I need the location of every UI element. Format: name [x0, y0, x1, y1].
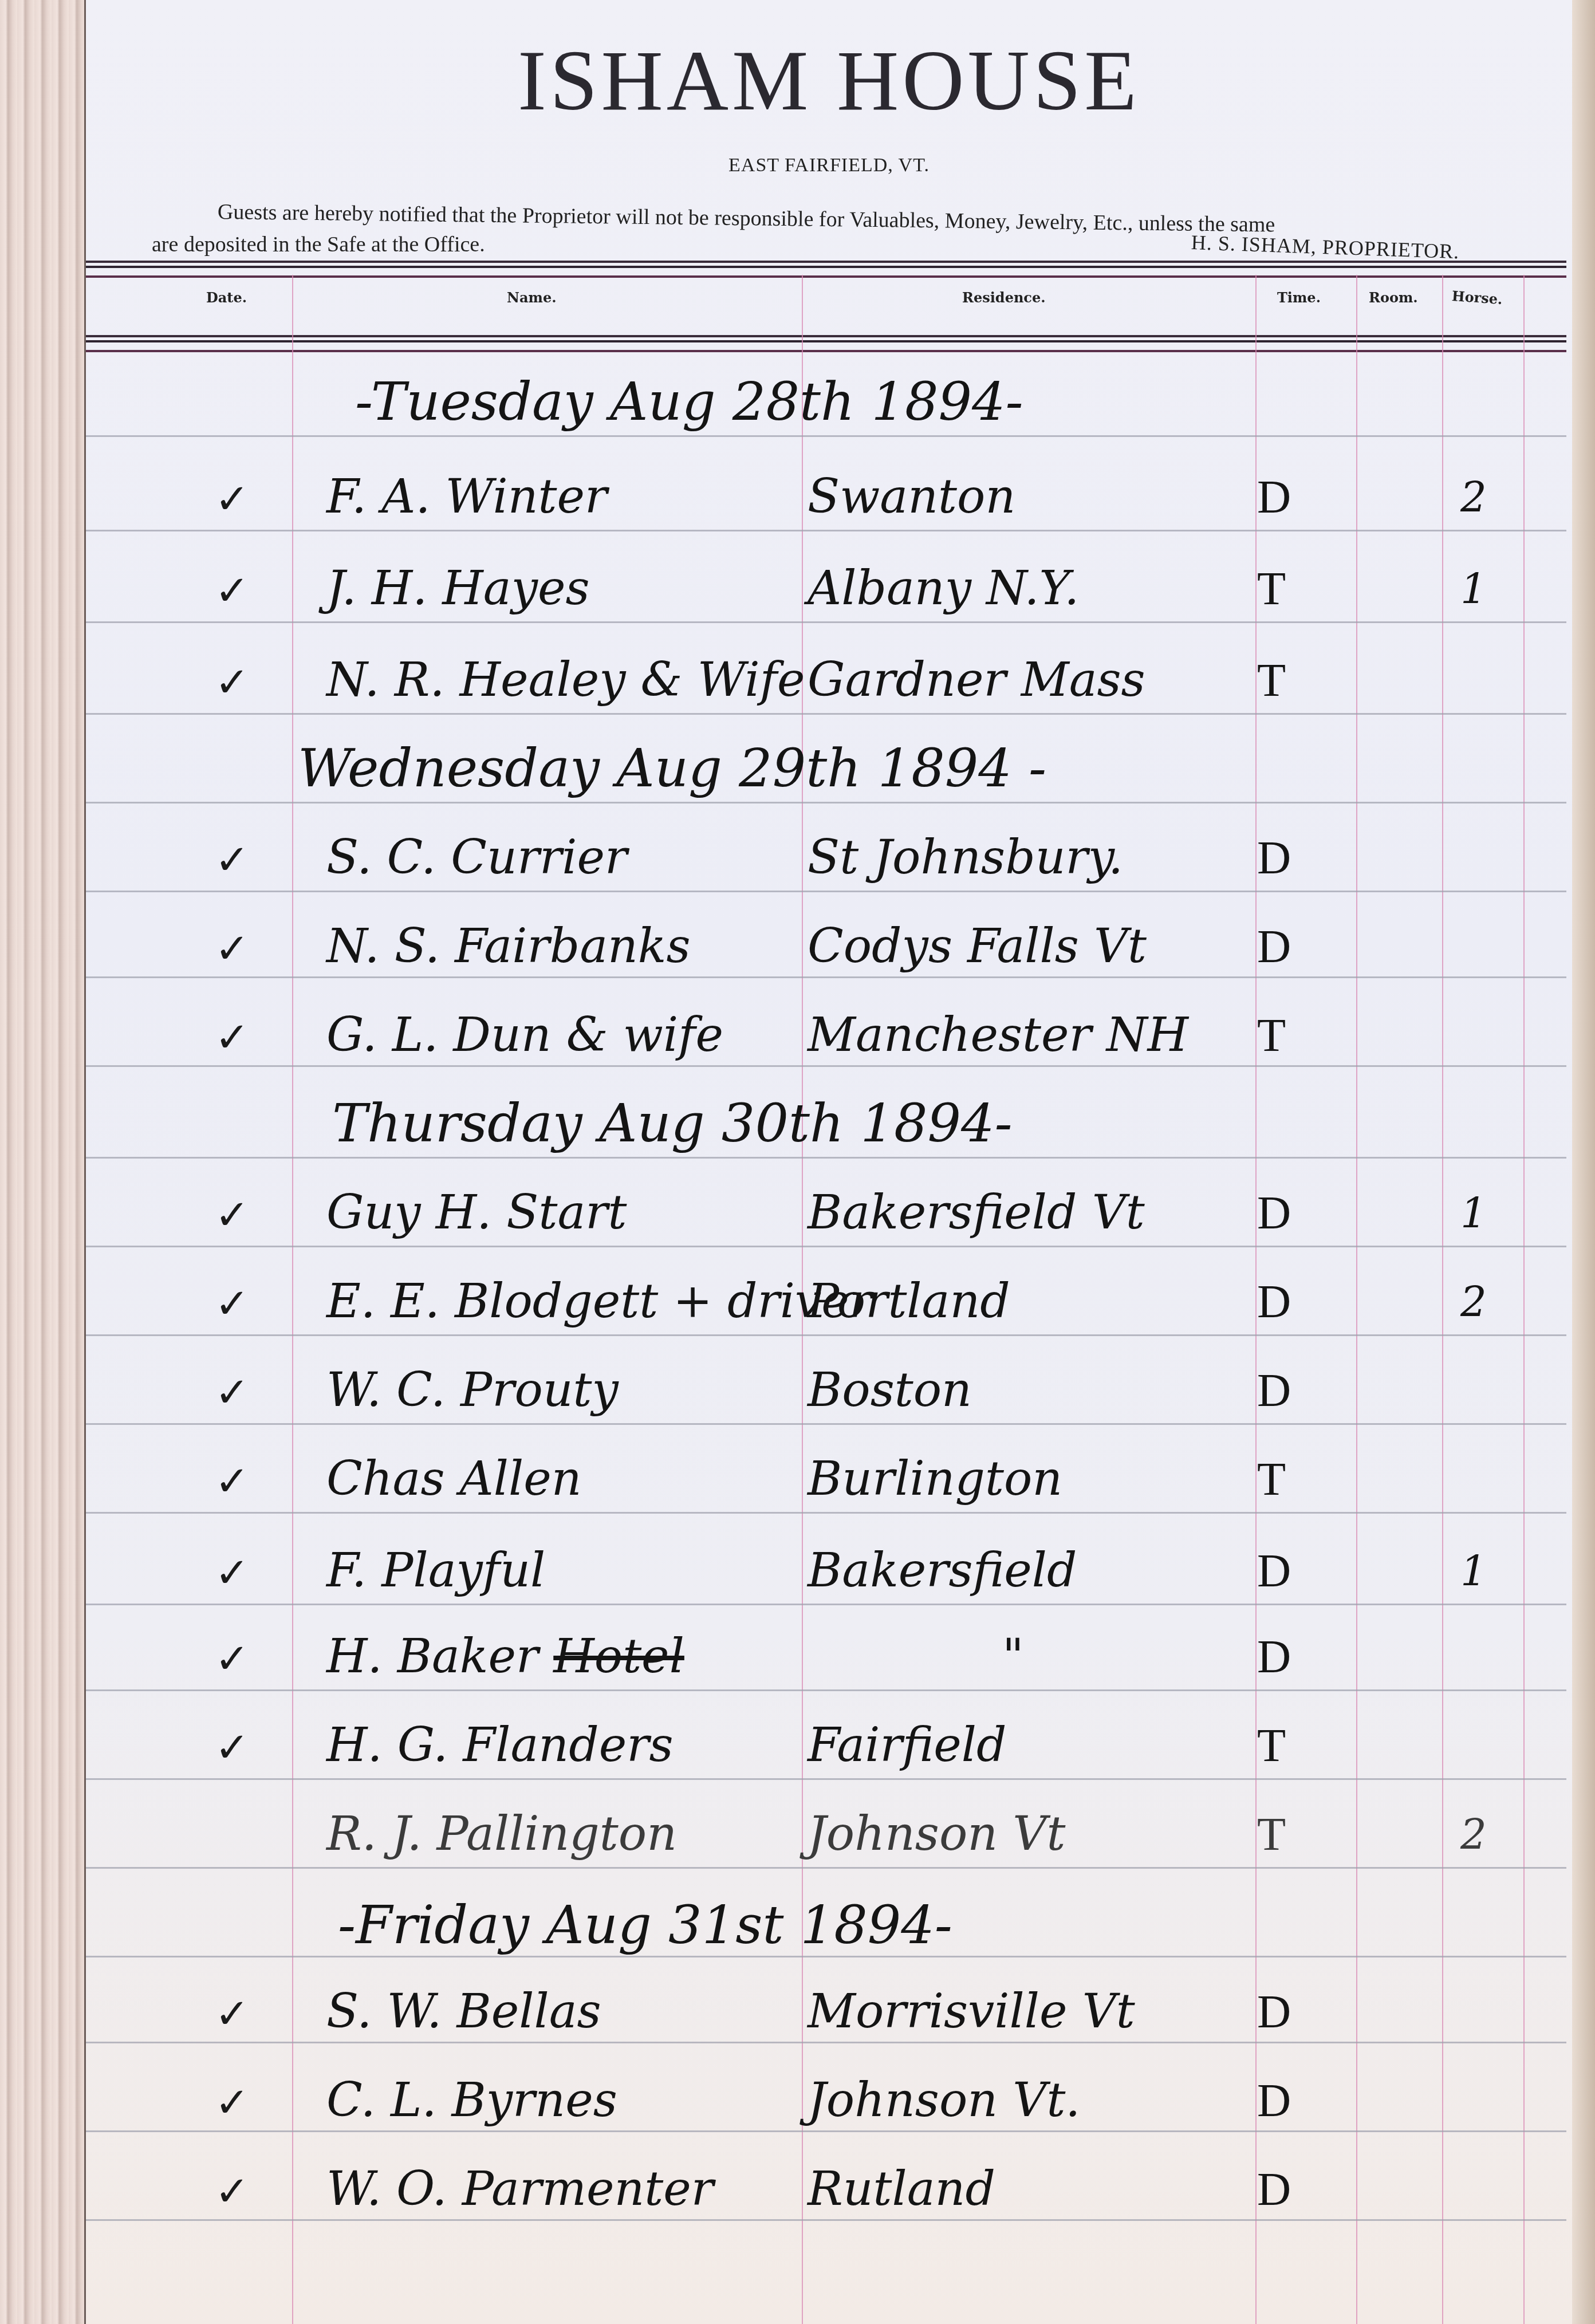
guest-name: Chas Allen [326, 1452, 582, 1506]
guest-residence: Fairfield [808, 1718, 1007, 1772]
guest-time: T [1257, 1009, 1286, 1062]
guest-row: ✓ C. L. Byrnes Johnson Vt. D [86, 2065, 1566, 2133]
guest-row: ✓ Chas Allen Burlington T [86, 1443, 1566, 1512]
guest-name: R. J. Pallington [326, 1807, 677, 1861]
register-page: ISHAM HOUSE EAST FAIRFIELD, VT. Guests a… [86, 0, 1572, 2324]
guest-residence: Albany N.Y. [808, 561, 1079, 616]
guest-name: J. H. Hayes [326, 561, 590, 616]
guest-time: T [1257, 1719, 1286, 1772]
day-heading: Wednesday Aug 29th 1894 - [86, 733, 1566, 802]
guest-name: W. C. Prouty [326, 1363, 619, 1417]
guest-name-text: H. Baker [326, 1629, 538, 1684]
guest-time: T [1257, 562, 1286, 616]
guest-name: F. A. Winter [326, 470, 607, 524]
guest-row: ✓ F. Playful Bakersfield D 1 [86, 1535, 1566, 1604]
ruled-line [86, 1867, 1566, 1869]
guest-row: ✓ N. S. Fairbanks Codys Falls Vt D [86, 911, 1566, 979]
column-header-name: Name. [507, 289, 557, 306]
guest-row: ✓ H. G. Flanders Fairfield T [86, 1709, 1566, 1778]
guest-row: ✓ S. W. Bellas Morrisville Vt D [86, 1976, 1566, 2045]
guest-residence-ditto: " [1002, 1629, 1024, 1684]
guest-name: N. S. Fairbanks [326, 919, 691, 974]
guest-time: D [1257, 1186, 1291, 1240]
checkmark-icon: ✓ [215, 1990, 249, 2038]
header-rule-bottom [86, 335, 1566, 352]
ruled-line [86, 621, 1566, 623]
ruled-line [86, 713, 1566, 715]
day-heading-text: -Tuesday Aug 28th 1894- [355, 371, 1023, 432]
guest-name: W. O. Parmenter [326, 2162, 714, 2216]
guest-time: D [1257, 1275, 1291, 1329]
checkmark-icon: ✓ [215, 924, 249, 972]
checkmark-icon: ✓ [215, 836, 249, 884]
ruled-line [86, 1778, 1566, 1780]
guest-name: H. Baker Hotel [326, 1629, 684, 1684]
guest-name: H. G. Flanders [326, 1718, 673, 1772]
proprietor-signature: H. S. ISHAM, PROPRIETOR. [1191, 230, 1460, 263]
guest-time: D [1257, 470, 1291, 524]
hotel-location: EAST FAIRFIELD, VT. [86, 155, 1572, 176]
guest-residence: St Johnsbury. [808, 830, 1123, 885]
struck-text: Hotel [553, 1629, 684, 1684]
guest-residence: Rutland [808, 2162, 995, 2216]
guest-residence: Burlington [808, 1452, 1062, 1506]
guest-name: Guy H. Start [326, 1185, 627, 1240]
checkmark-icon: ✓ [215, 1368, 249, 1416]
guest-residence: Bakersfield [808, 1543, 1077, 1598]
ruled-line [86, 1423, 1566, 1425]
day-heading: -Tuesday Aug 28th 1894- [86, 367, 1566, 435]
guest-row: ✓ N. R. Healey & Wife Gardner Mass T [86, 644, 1566, 713]
guest-time: D [1257, 2074, 1291, 2128]
guest-time: D [1257, 2162, 1291, 2216]
guest-name: S. C. Currier [326, 830, 627, 885]
guest-time: D [1257, 831, 1291, 885]
guest-residence: Swanton [808, 470, 1015, 524]
guest-residence: Codys Falls Vt [808, 919, 1147, 974]
guest-name: N. R. Healey & Wife [326, 653, 805, 707]
guest-row: ✓ G. L. Dun & wife Manchester NH T [86, 999, 1566, 1068]
guest-time: D [1257, 1364, 1291, 1417]
guest-time: D [1257, 1544, 1291, 1598]
guest-time: D [1257, 920, 1291, 974]
guest-residence: Bakersfield Vt [808, 1185, 1145, 1240]
day-heading-text: -Friday Aug 31st 1894- [338, 1894, 952, 1956]
checkmark-icon: ✓ [215, 1013, 249, 1061]
guest-horse: 2 [1460, 1811, 1487, 1859]
ruled-line [86, 1246, 1566, 1247]
hotel-title: ISHAM HOUSE [86, 31, 1572, 130]
ruled-line [86, 530, 1566, 531]
guest-time: T [1257, 1807, 1286, 1861]
ruled-line [86, 435, 1566, 437]
guest-residence: Boston [808, 1363, 972, 1417]
checkmark-icon: ✓ [215, 1634, 249, 1683]
ruled-line [86, 1512, 1566, 1514]
ruled-line [86, 1334, 1566, 1336]
column-header-residence: Residence. [962, 289, 1046, 306]
day-heading-text: Thursday Aug 30th 1894- [332, 1093, 1013, 1154]
book-gutter [1572, 0, 1595, 2324]
column-header-time: Time. [1277, 289, 1321, 306]
guest-row: ✓ F. A. Winter Swanton D 2 [86, 461, 1566, 530]
guest-row: R. J. Pallington Johnson Vt T 2 [86, 1798, 1566, 1867]
ruled-line [86, 1157, 1566, 1159]
checkmark-icon: ✓ [215, 1723, 249, 1771]
guest-row: ✓ S. C. Currier St Johnsbury. D [86, 822, 1566, 891]
guest-row: ✓ W. C. Prouty Boston D [86, 1354, 1566, 1423]
guest-name: S. W. Bellas [326, 1984, 601, 2039]
ruled-line [86, 802, 1566, 803]
guest-horse: 1 [1460, 565, 1487, 613]
guest-residence: Gardner Mass [808, 653, 1145, 707]
guest-name: G. L. Dun & wife [326, 1008, 723, 1062]
checkmark-icon: ✓ [215, 566, 249, 615]
guest-name: E. E. Blodgett + driver [326, 1274, 872, 1329]
guest-time: D [1257, 1985, 1291, 2039]
ruled-line [86, 891, 1566, 892]
guest-row: ✓ E. E. Blodgett + driver Portland D 2 [86, 1266, 1566, 1334]
checkmark-icon: ✓ [215, 2078, 249, 2126]
guest-row: ✓ J. H. Hayes Albany N.Y. T 1 [86, 553, 1566, 621]
guest-residence: Johnson Vt. [808, 2073, 1080, 2128]
guest-residence: Johnson Vt [808, 1807, 1065, 1861]
guest-horse: 1 [1460, 1547, 1487, 1596]
guest-horse: 1 [1460, 1189, 1487, 1238]
checkmark-icon: ✓ [215, 2167, 249, 2215]
guest-residence: Portland [808, 1274, 1010, 1329]
ruled-line [86, 1604, 1566, 1605]
guest-time: D [1257, 1630, 1291, 1684]
column-header-horse: Horse. [1451, 287, 1503, 308]
guest-row: ✓ W. O. Parmenter Rutland D [86, 2153, 1566, 2222]
guest-residence: Manchester NH [808, 1008, 1188, 1062]
guest-name: F. Playful [326, 1543, 545, 1598]
checkmark-icon: ✓ [215, 1549, 249, 1597]
guest-residence: Morrisville Vt [808, 1984, 1135, 2039]
checkmark-icon: ✓ [215, 1191, 249, 1239]
guest-horse: 2 [1460, 1278, 1487, 1326]
guest-name: C. L. Byrnes [326, 2073, 617, 2128]
notice-line-2: are deposited in the Safe at the Office. [152, 232, 485, 257]
guest-time: T [1257, 653, 1286, 707]
guest-horse: 2 [1460, 474, 1487, 522]
checkmark-icon: ✓ [215, 1279, 249, 1328]
day-heading-text: Wednesday Aug 29th 1894 - [298, 738, 1046, 799]
day-heading: -Friday Aug 31st 1894- [86, 1890, 1566, 1959]
day-heading: Thursday Aug 30th 1894- [86, 1088, 1566, 1157]
checkmark-icon: ✓ [215, 475, 249, 523]
guest-row: ✓ Guy H. Start Bakersfield Vt D 1 [86, 1177, 1566, 1246]
checkmark-icon: ✓ [215, 658, 249, 706]
checkmark-icon: ✓ [215, 1457, 249, 1505]
page-edges-stack [0, 0, 86, 2324]
header-rule-top [86, 261, 1566, 278]
column-header-room: Room. [1369, 289, 1418, 306]
guest-row: ✓ H. Baker Hotel " D [86, 1621, 1566, 1689]
column-header-date: Date. [206, 289, 247, 306]
ruled-line [86, 1689, 1566, 1691]
guest-time: T [1257, 1452, 1286, 1506]
